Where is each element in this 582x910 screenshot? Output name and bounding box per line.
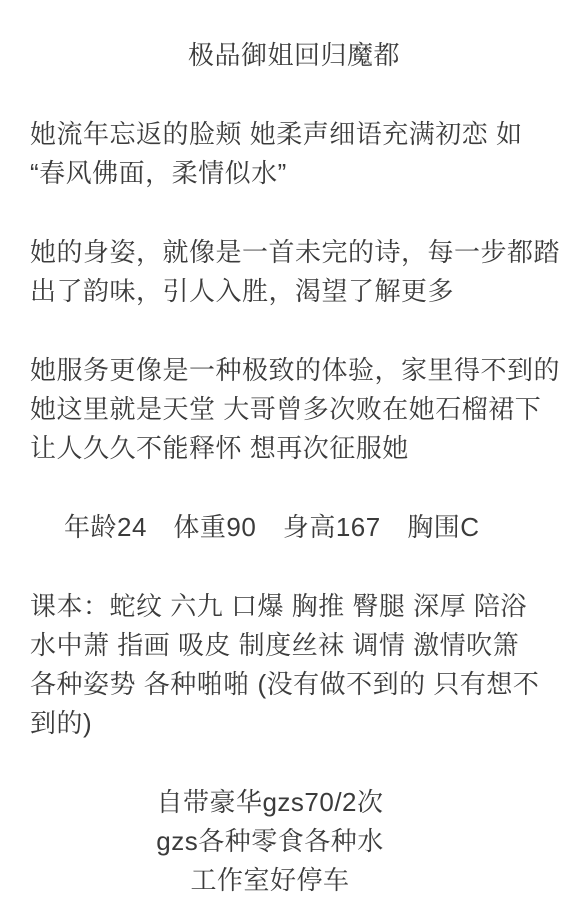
service-intro-line: 她这里就是天堂 大哥曾多次败在她石榴裙下 bbox=[0, 390, 582, 429]
services-line: 各种姿势 各种啪啪 (没有做不到的 只有想不 bbox=[0, 665, 582, 704]
services-paragraph: 课本：蛇纹 六九 口爆 胸推 臀腿 深厚 陪浴 水中萧 指画 吸皮 制度丝袜 调… bbox=[0, 587, 582, 743]
service-intro-line: 她服务更像是一种极致的体验，家里得不到的 bbox=[0, 351, 582, 390]
footer-block: 自带豪华gzs70/2次 gzs各种零食各种水 工作室好停车 bbox=[0, 783, 540, 900]
services-line: 水中萧 指画 吸皮 制度丝袜 调情 激情吹箫 bbox=[0, 626, 582, 665]
figure-line: 出了韵味，引人入胜，渴望了解更多 bbox=[0, 272, 582, 311]
service-intro-paragraph: 她服务更像是一种极致的体验，家里得不到的 她这里就是天堂 大哥曾多次败在她石榴裙… bbox=[0, 351, 582, 468]
footer-line: 自带豪华gzs70/2次 bbox=[0, 783, 540, 822]
text-page: 极品御姐回归魔都 她流年忘返的脸颊 她柔声细语充满初恋 如 “春风佛面，柔情似水… bbox=[0, 0, 582, 910]
figure-line: 她的身姿，就像是一首未完的诗，每一步都踏 bbox=[0, 233, 582, 272]
intro-line: 她流年忘返的脸颊 她柔声细语充满初恋 如 bbox=[0, 115, 582, 154]
intro-quote-line: “春风佛面，柔情似水” bbox=[0, 154, 582, 193]
footer-line: gzs各种零食各种水 bbox=[0, 822, 540, 861]
services-line: 课本：蛇纹 六九 口爆 胸推 臀腿 深厚 陪浴 bbox=[0, 587, 582, 626]
service-intro-line: 让人久久不能释怀 想再次征服她 bbox=[0, 429, 582, 468]
stats-paragraph: 年龄24 体重90 身高167 胸围C bbox=[0, 508, 582, 547]
figure-paragraph: 她的身姿，就像是一首未完的诗，每一步都踏 出了韵味，引人入胜，渴望了解更多 bbox=[0, 233, 582, 311]
footer-line: 工作室好停车 bbox=[0, 861, 540, 900]
intro-paragraph: 她流年忘返的脸颊 她柔声细语充满初恋 如 “春风佛面，柔情似水” bbox=[0, 115, 582, 193]
stats-line: 年龄24 体重90 身高167 胸围C bbox=[0, 508, 582, 547]
services-line: 到的) bbox=[0, 704, 582, 743]
page-title: 极品御姐回归魔都 bbox=[0, 36, 582, 75]
